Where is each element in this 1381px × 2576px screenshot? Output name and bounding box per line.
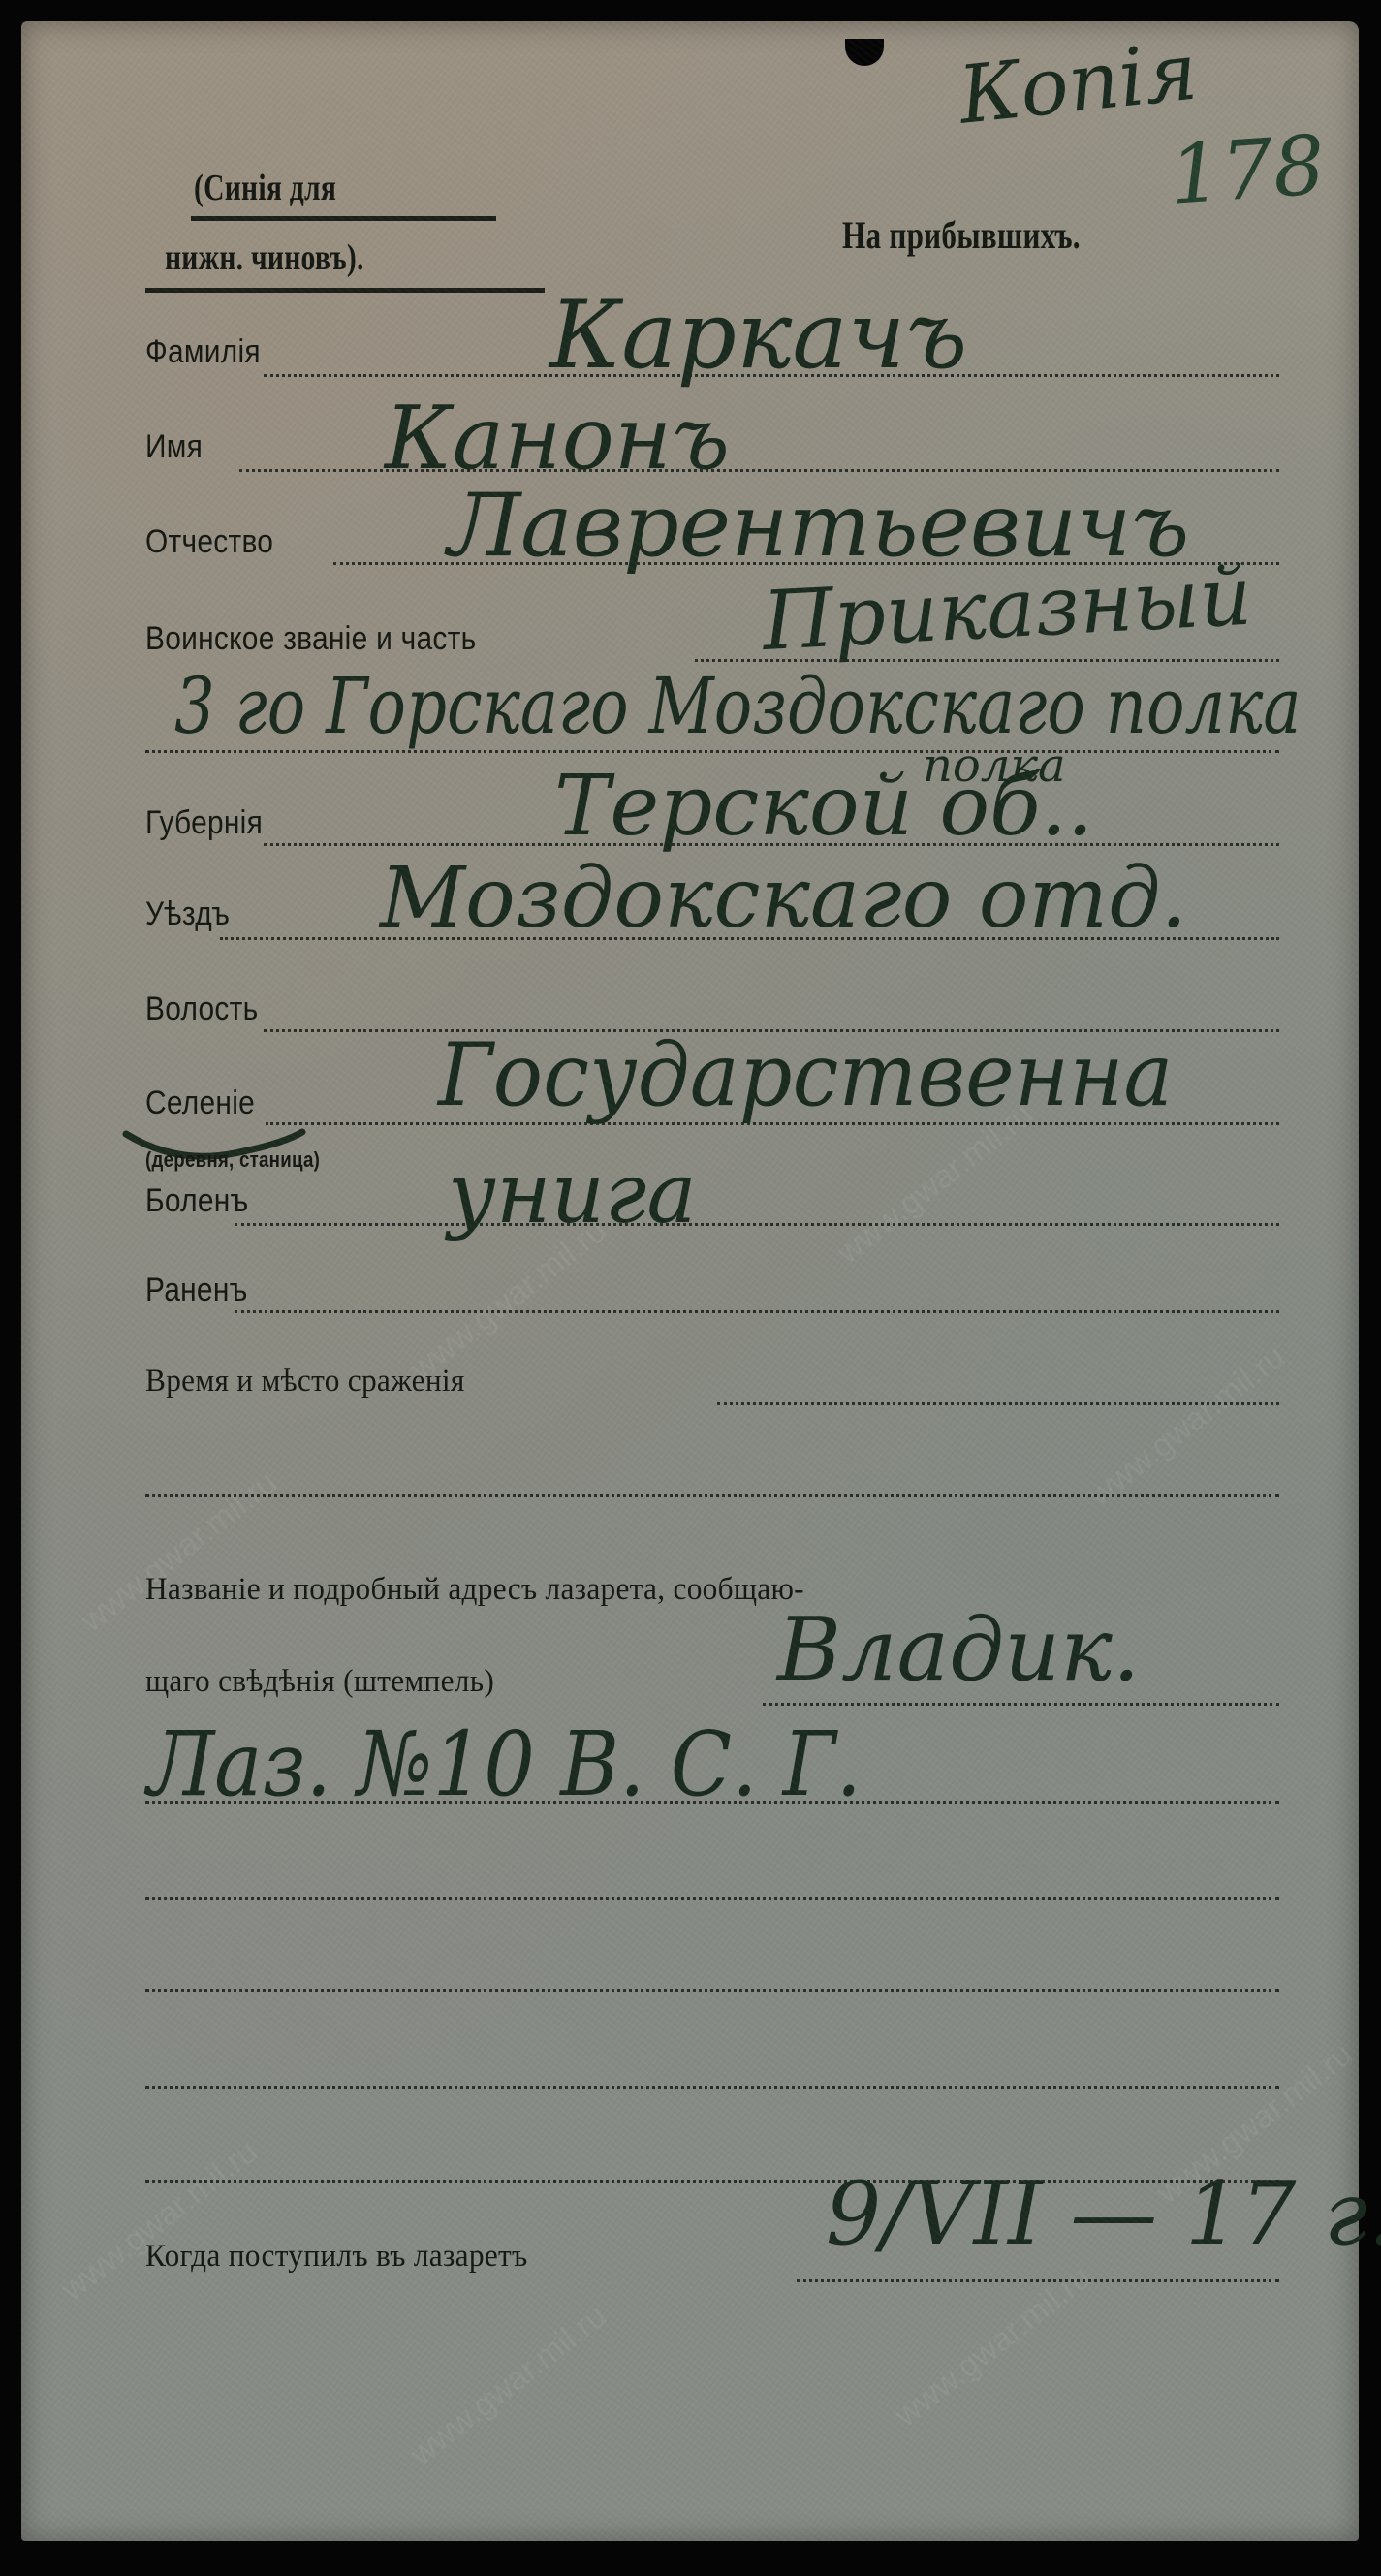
hospital-line-1	[763, 1703, 1279, 1706]
field-value-district: Моздокскаго отд.	[380, 850, 1187, 947]
admission-line	[797, 2279, 1279, 2282]
field-label-district: Уѣздъ	[145, 895, 230, 933]
blank-line-3	[145, 2086, 1279, 2089]
card-notch	[845, 39, 884, 66]
record-card: www.gwar.mil.ru www.gwar.mil.ru www.gwar…	[21, 21, 1359, 2541]
field-label-patronymic: Отчество	[145, 523, 273, 561]
field-label-rank-unit: Воинское званіе и часть	[145, 620, 476, 658]
field-label-province: Губернія	[145, 804, 263, 842]
field-line-sick	[235, 1223, 1279, 1226]
field-value-surname: Каркачъ	[549, 281, 967, 390]
field-label-name: Имя	[145, 428, 203, 466]
admission-label: Когда поступилъ въ лазаретъ	[145, 2239, 528, 2275]
hospital-label-line2: щаго свѣдѣнія (штемпель)	[145, 1664, 494, 1700]
field-line-battle	[717, 1402, 1279, 1405]
watermark: www.gwar.mil.ru	[54, 2133, 266, 2309]
field-line-battle-2	[145, 1494, 1279, 1497]
field-label-sick: Боленъ	[145, 1182, 249, 1220]
header-rule-2	[145, 288, 545, 293]
annotation-copy: Копія	[955, 26, 1202, 142]
field-label-volost: Волость	[145, 990, 258, 1028]
field-label-surname: Фамилія	[145, 333, 261, 371]
watermark: www.gwar.mil.ru	[888, 2259, 1099, 2435]
watermark: www.gwar.mil.ru	[74, 1464, 285, 1641]
field-label-battle: Время и мѣсто сраженія	[145, 1364, 465, 1399]
card-type-line2: нижн. чиновъ).	[165, 236, 364, 279]
field-value-sick: унига	[448, 1146, 697, 1242]
field-line-wounded	[235, 1310, 1279, 1313]
hospital-value-line1: Владик.	[777, 1599, 1140, 1701]
field-value-settlement: Государственна	[438, 1024, 1173, 1126]
field-label-wounded: Раненъ	[145, 1272, 248, 1309]
card-type-line1: (Синія для	[194, 167, 336, 209]
field-value-unit: 3 го Горскаго Моздокскаго полка	[174, 661, 1302, 751]
header-rule-1	[191, 216, 496, 221]
annotation-number: 178	[1167, 117, 1329, 223]
admission-value: 9/VII — 17 г.	[826, 2163, 1381, 2265]
field-sublabel-settlement: (деревня, станица)	[145, 1147, 320, 1173]
watermark: www.gwar.mil.ru	[1082, 1338, 1293, 1515]
field-label-settlement: Селеніе	[145, 1084, 255, 1122]
hospital-value-line2: Лаз. №10 В. С. Г.	[147, 1712, 862, 1816]
hospital-label-line1: Названіе и подробный адресъ лазарета, со…	[145, 1572, 804, 1608]
card-title: На прибывшихъ.	[842, 212, 1081, 258]
watermark: www.gwar.mil.ru	[403, 2298, 614, 2474]
field-value-province-superscript: полка	[923, 738, 1066, 793]
blank-line-1	[145, 1897, 1279, 1900]
blank-line-2	[145, 1989, 1279, 1992]
